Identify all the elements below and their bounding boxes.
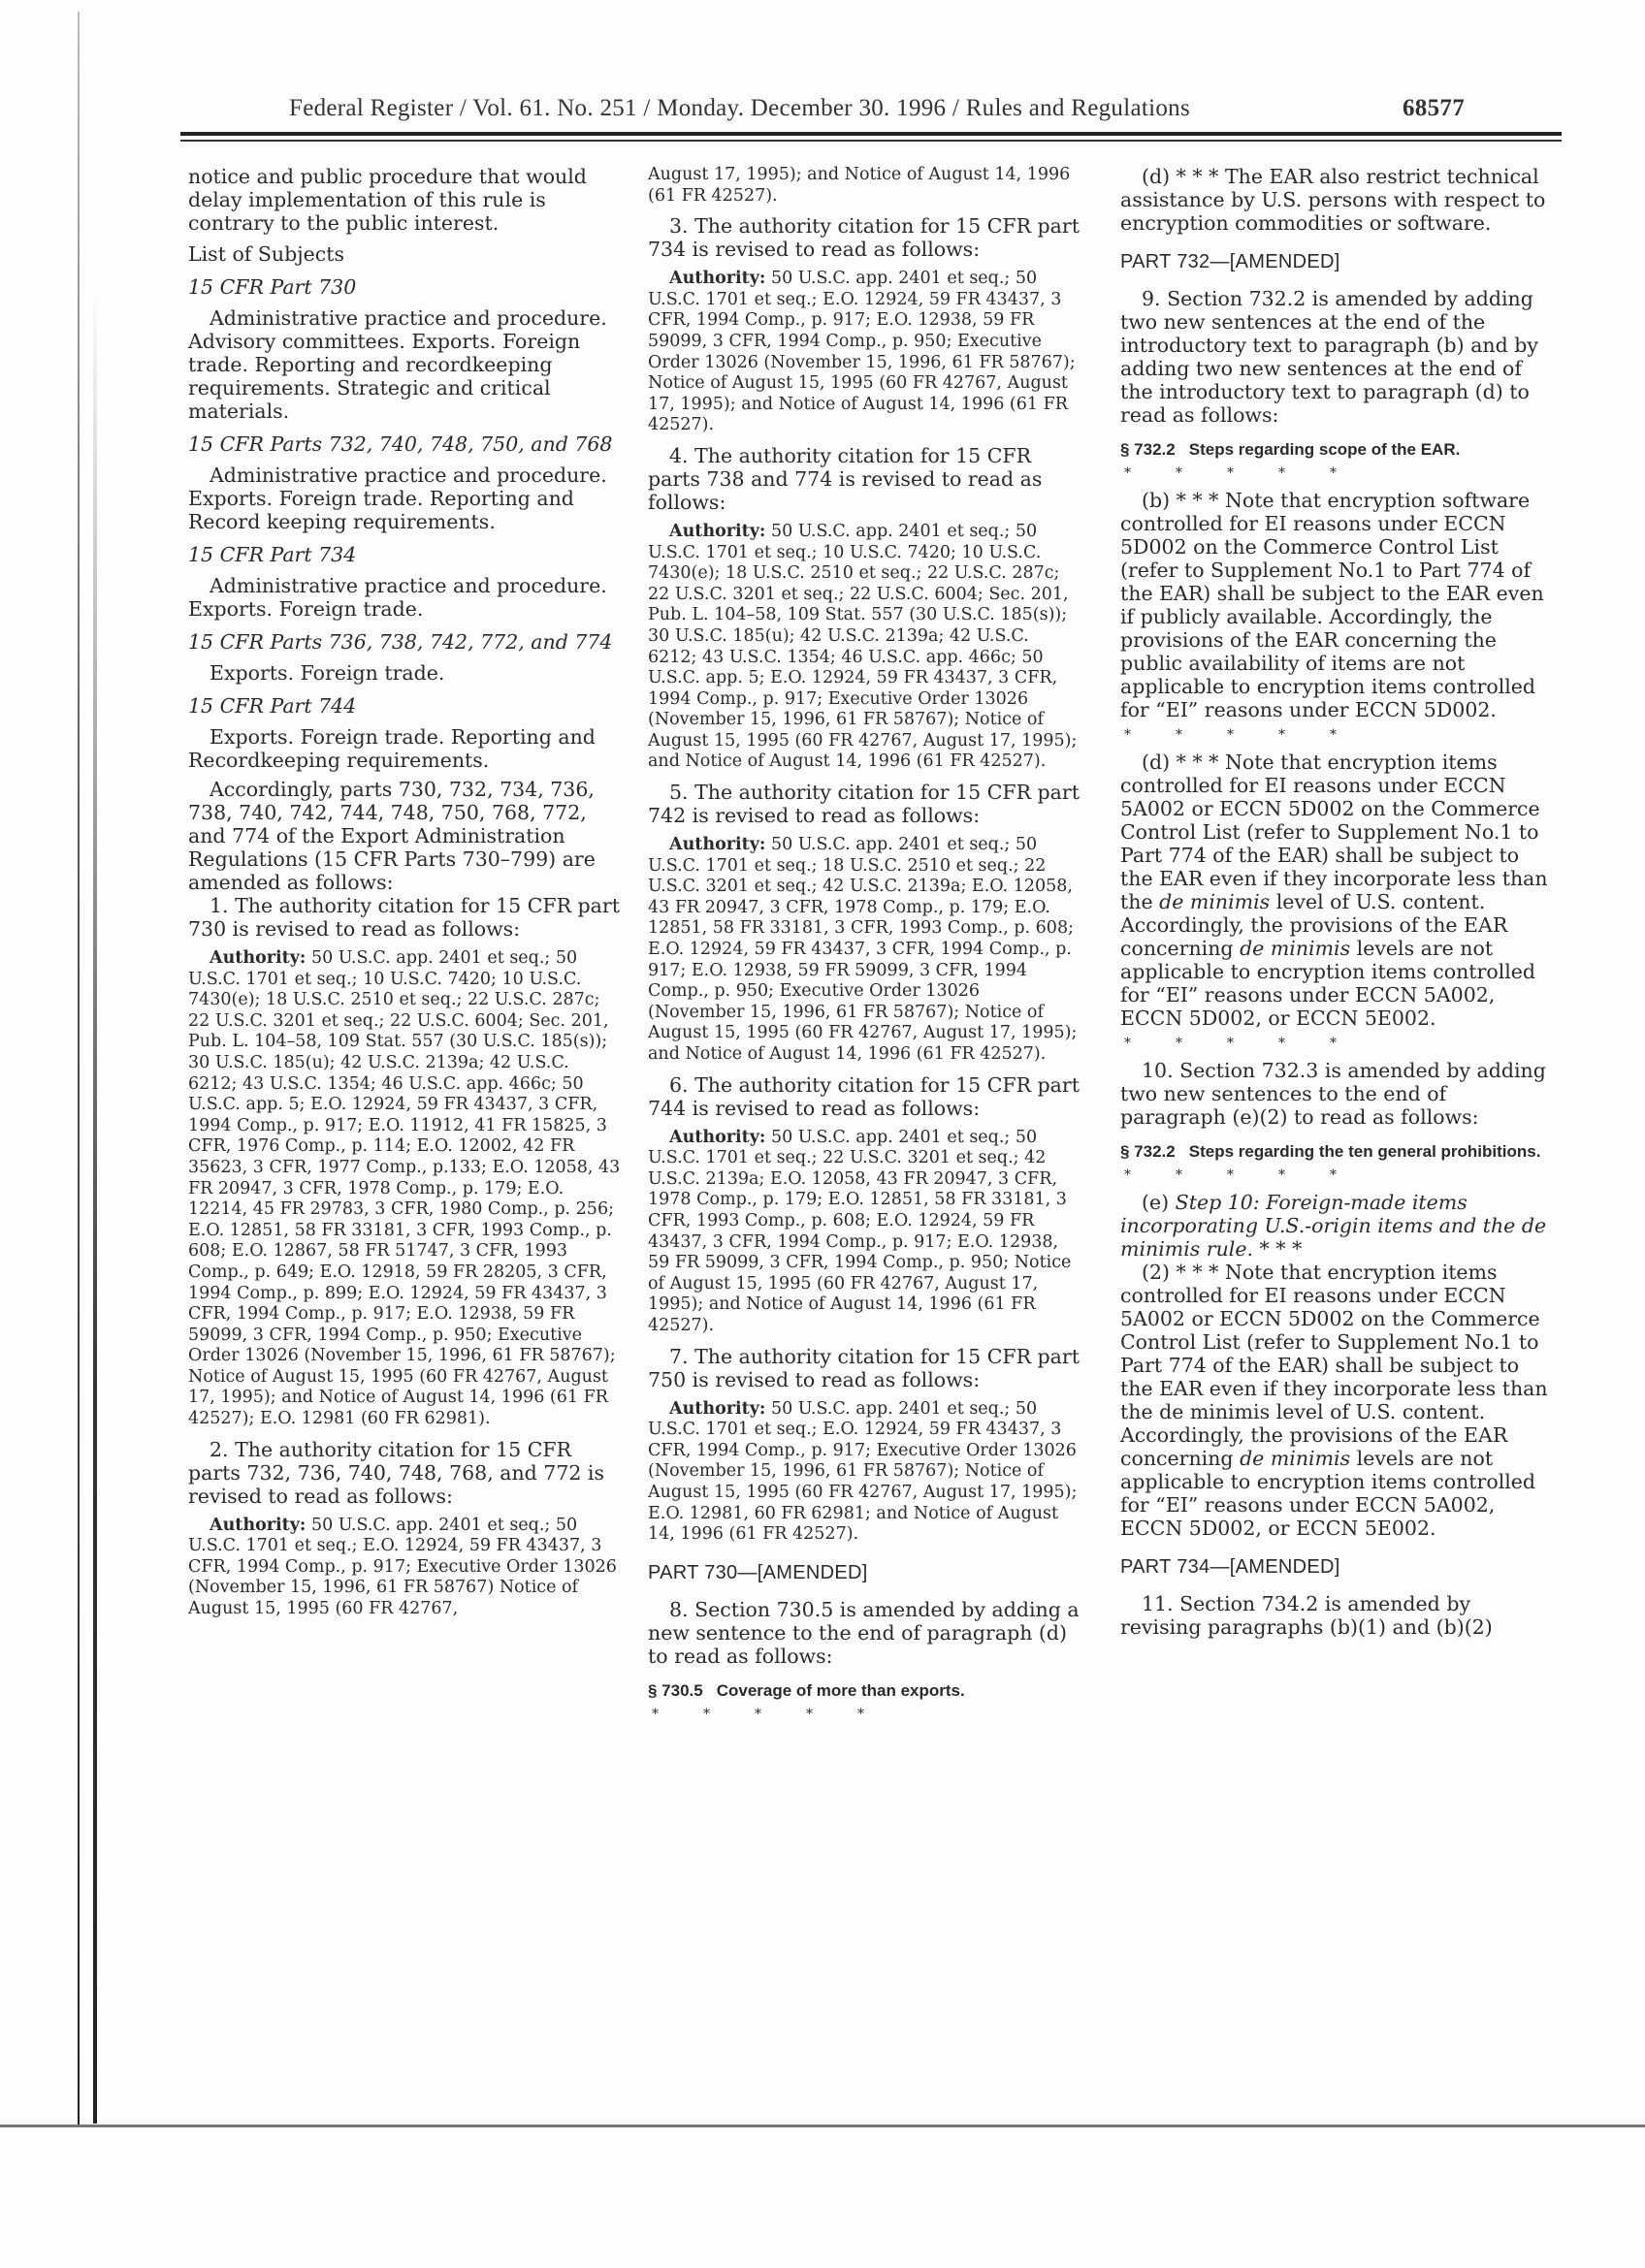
star-icon: *: [1330, 1036, 1337, 1051]
amendment-item-9: 9. Section 732.2 is amended by adding tw…: [1120, 287, 1553, 427]
star-icon: *: [1330, 727, 1337, 743]
authority-text: 50 U.S.C. app. 2401 et seq.; 50 U.S.C. 1…: [648, 835, 1077, 1064]
part-734-heading: PART 734—[AMENDED]: [1120, 1555, 1553, 1579]
amendment-item-8: 8. Section 730.5 is amended by adding a …: [648, 1598, 1081, 1668]
star-icon: *: [1176, 465, 1182, 481]
section-number: § 732.2: [1120, 1142, 1176, 1161]
star-icon: *: [1330, 1167, 1337, 1183]
running-header: Federal Register / Vol. 61. No. 251 / Mo…: [289, 95, 1465, 128]
paragraph-label: (d) * * *: [1142, 751, 1218, 774]
paragraph-label: (d) * * *: [1142, 165, 1218, 188]
section-title: Steps regarding scope of the EAR.: [1189, 440, 1461, 459]
amendment-item-2: 2. The authority citation for 15 CFR par…: [188, 1438, 621, 1508]
star-icon: *: [703, 1707, 710, 1722]
star-icon: *: [1278, 727, 1285, 743]
authority-citation-7: Authority: 50 U.S.C. app. 2401 et seq.; …: [648, 1399, 1081, 1546]
subject-cfr-heading: 15 CFR Part 734: [188, 543, 621, 566]
paragraph-body: Note that encryption items controlled fo…: [1120, 751, 1548, 913]
section-title: Coverage of more than exports.: [717, 1681, 965, 1700]
subject-terms: Administrative practice and procedure. E…: [188, 463, 621, 533]
authority-citation-4: Authority: 50 U.S.C. app. 2401 et seq.; …: [648, 522, 1081, 773]
paragraph-body: Note that encryption software controlled…: [1120, 489, 1544, 721]
paragraph-2-text: (2) * * * Note that encryption items con…: [1120, 1261, 1553, 1540]
amendment-item-11: 11. Section 734.2 is amended by revising…: [1120, 1592, 1553, 1639]
authority-citation-3: Authority: 50 U.S.C. app. 2401 et seq.; …: [648, 269, 1081, 436]
paragraph-label: (2) * * *: [1142, 1261, 1218, 1284]
scan-page-edge: [78, 12, 80, 2125]
page-number: 68577: [1403, 95, 1465, 122]
intro-paragraph: notice and public procedure that would d…: [188, 165, 621, 235]
authority-citation-1: Authority: 50 U.S.C. app. 2401 et seq.; …: [188, 948, 621, 1430]
column-3: (d) * * * The EAR also restrict technica…: [1120, 165, 1553, 1645]
paragraph-label: (b) * * *: [1142, 489, 1218, 512]
amendment-item-6: 6. The authority citation for 15 CFR par…: [648, 1073, 1081, 1120]
authority-label: Authority:: [669, 835, 765, 854]
ellipsis-stars: * * * * *: [1120, 1036, 1553, 1051]
star-icon: *: [1227, 1036, 1234, 1051]
star-icon: *: [1330, 465, 1337, 481]
authority-text: 50 U.S.C. app. 2401 et seq.; 50 U.S.C. 1…: [648, 1128, 1071, 1335]
paragraph-body: Note that encryption items controlled fo…: [1120, 1261, 1548, 1470]
section-732-2-prohibitions-heading: § 732.2Steps regarding the ten general p…: [1120, 1140, 1553, 1164]
subject-cfr-heading: 15 CFR Parts 732, 740, 748, 750, and 768: [188, 432, 621, 456]
paragraph-b-text: (b) * * * Note that encryption software …: [1120, 489, 1553, 721]
authority-citation-2-continued: August 17, 1995); and Notice of August 1…: [648, 165, 1081, 207]
star-icon: *: [1278, 1167, 1285, 1183]
subject-terms: Administrative practice and procedure. A…: [188, 306, 621, 423]
section-number: § 732.2: [1120, 440, 1176, 459]
subject-cfr-heading: 15 CFR Part 744: [188, 694, 621, 718]
ellipsis-stars: * * * * *: [648, 1707, 1081, 1722]
star-icon: *: [806, 1707, 813, 1722]
paragraph-d-text: (d) * * * The EAR also restrict technica…: [1120, 165, 1553, 235]
star-icon: *: [755, 1707, 761, 1722]
ellipsis-stars: * * * * *: [1120, 727, 1553, 743]
accordingly-paragraph: Accordingly, parts 730, 732, 734, 736, 7…: [188, 778, 621, 894]
star-icon: *: [1124, 727, 1131, 743]
section-730-5-heading: § 730.5Coverage of more than exports.: [648, 1679, 1081, 1703]
part-732-heading: PART 732—[AMENDED]: [1120, 250, 1553, 273]
authority-label: Authority:: [210, 1516, 306, 1535]
authority-text: 50 U.S.C. app. 2401 et seq.; 50 U.S.C. 1…: [648, 522, 1077, 772]
star-icon: *: [1124, 465, 1131, 481]
header-rule-thick: [180, 132, 1562, 136]
paragraph-d2-text: (d) * * * Note that encryption items con…: [1120, 751, 1553, 1030]
authority-text: 50 U.S.C. app. 2401 et seq.; 50 U.S.C. 1…: [648, 269, 1076, 434]
column-2: August 17, 1995); and Notice of August 1…: [648, 165, 1081, 1730]
amendment-item-5: 5. The authority citation for 15 CFR par…: [648, 781, 1081, 827]
paragraph-title: Step 10: Foreign-made items incorporatin…: [1120, 1191, 1546, 1261]
emphasis-text: de minimis: [1159, 890, 1270, 913]
emphasis-text: de minimis: [1240, 937, 1350, 960]
amendment-item-4: 4. The authority citation for 15 CFR par…: [648, 444, 1081, 514]
amendment-item-3: 3. The authority citation for 15 CFR par…: [648, 214, 1081, 261]
list-of-subjects-heading: List of Subjects: [188, 242, 621, 266]
subject-terms: Administrative practice and procedure. E…: [188, 574, 621, 621]
star-icon: *: [652, 1707, 659, 1722]
authority-label: Authority:: [669, 522, 765, 541]
amendment-item-7: 7. The authority citation for 15 CFR par…: [648, 1345, 1081, 1391]
section-title: Steps regarding the ten general prohibit…: [1189, 1142, 1541, 1161]
star-icon: *: [1227, 465, 1234, 481]
authority-text: 50 U.S.C. app. 2401 et seq.; 50 U.S.C. 1…: [188, 948, 620, 1428]
ellipsis-stars: * * * * *: [1120, 1167, 1553, 1183]
ellipsis-stars: * * * * *: [1120, 465, 1553, 481]
paragraph-label: (e): [1142, 1191, 1169, 1214]
authority-label: Authority:: [669, 269, 765, 288]
amendment-item-10: 10. Section 732.3 is amended by adding t…: [1120, 1059, 1553, 1129]
authority-citation-6: Authority: 50 U.S.C. app. 2401 et seq.; …: [648, 1128, 1081, 1337]
amendment-item-1: 1. The authority citation for 15 CFR par…: [188, 894, 621, 941]
section-732-2-heading: § 732.2Steps regarding scope of the EAR.: [1120, 438, 1553, 462]
star-icon: *: [857, 1707, 864, 1722]
running-head-text: Federal Register / Vol. 61. No. 251 / Mo…: [289, 95, 1190, 122]
authority-label: Authority:: [669, 1399, 765, 1419]
subject-terms: Exports. Foreign trade.: [188, 661, 621, 685]
emphasis-text: de minimis: [1240, 1447, 1350, 1470]
paragraph-stars: * * *: [1260, 1237, 1303, 1261]
star-icon: *: [1176, 1036, 1182, 1051]
scan-bottom-edge: [0, 2124, 1645, 2127]
paragraph-e-text: (e) Step 10: Foreign-made items incorpor…: [1120, 1191, 1553, 1261]
authority-citation-2: Authority: 50 U.S.C. app. 2401 et seq.; …: [188, 1516, 621, 1620]
star-icon: *: [1176, 1167, 1182, 1183]
star-icon: *: [1227, 727, 1234, 743]
star-icon: *: [1278, 1036, 1285, 1051]
column-1: notice and public procedure that would d…: [188, 165, 621, 1628]
authority-label: Authority:: [669, 1128, 765, 1147]
star-icon: *: [1278, 465, 1285, 481]
authority-label: Authority:: [210, 948, 306, 968]
subject-cfr-heading: 15 CFR Parts 736, 738, 742, 772, and 774: [188, 630, 621, 654]
star-icon: *: [1227, 1167, 1234, 1183]
section-number: § 730.5: [648, 1681, 703, 1700]
subject-cfr-heading: 15 CFR Part 730: [188, 275, 621, 299]
authority-citation-5: Authority: 50 U.S.C. app. 2401 et seq.; …: [648, 835, 1081, 1066]
star-icon: *: [1124, 1167, 1131, 1183]
authority-text: 50 U.S.C. app. 2401 et seq.; 50 U.S.C. 1…: [648, 1399, 1077, 1545]
scan-binding-shadow: [93, 291, 97, 2124]
header-rule-thin: [180, 140, 1562, 142]
star-icon: *: [1176, 727, 1182, 743]
part-730-heading: PART 730—[AMENDED]: [648, 1561, 1081, 1584]
subject-terms: Exports. Foreign trade. Reporting and Re…: [188, 725, 621, 772]
star-icon: *: [1124, 1036, 1131, 1051]
